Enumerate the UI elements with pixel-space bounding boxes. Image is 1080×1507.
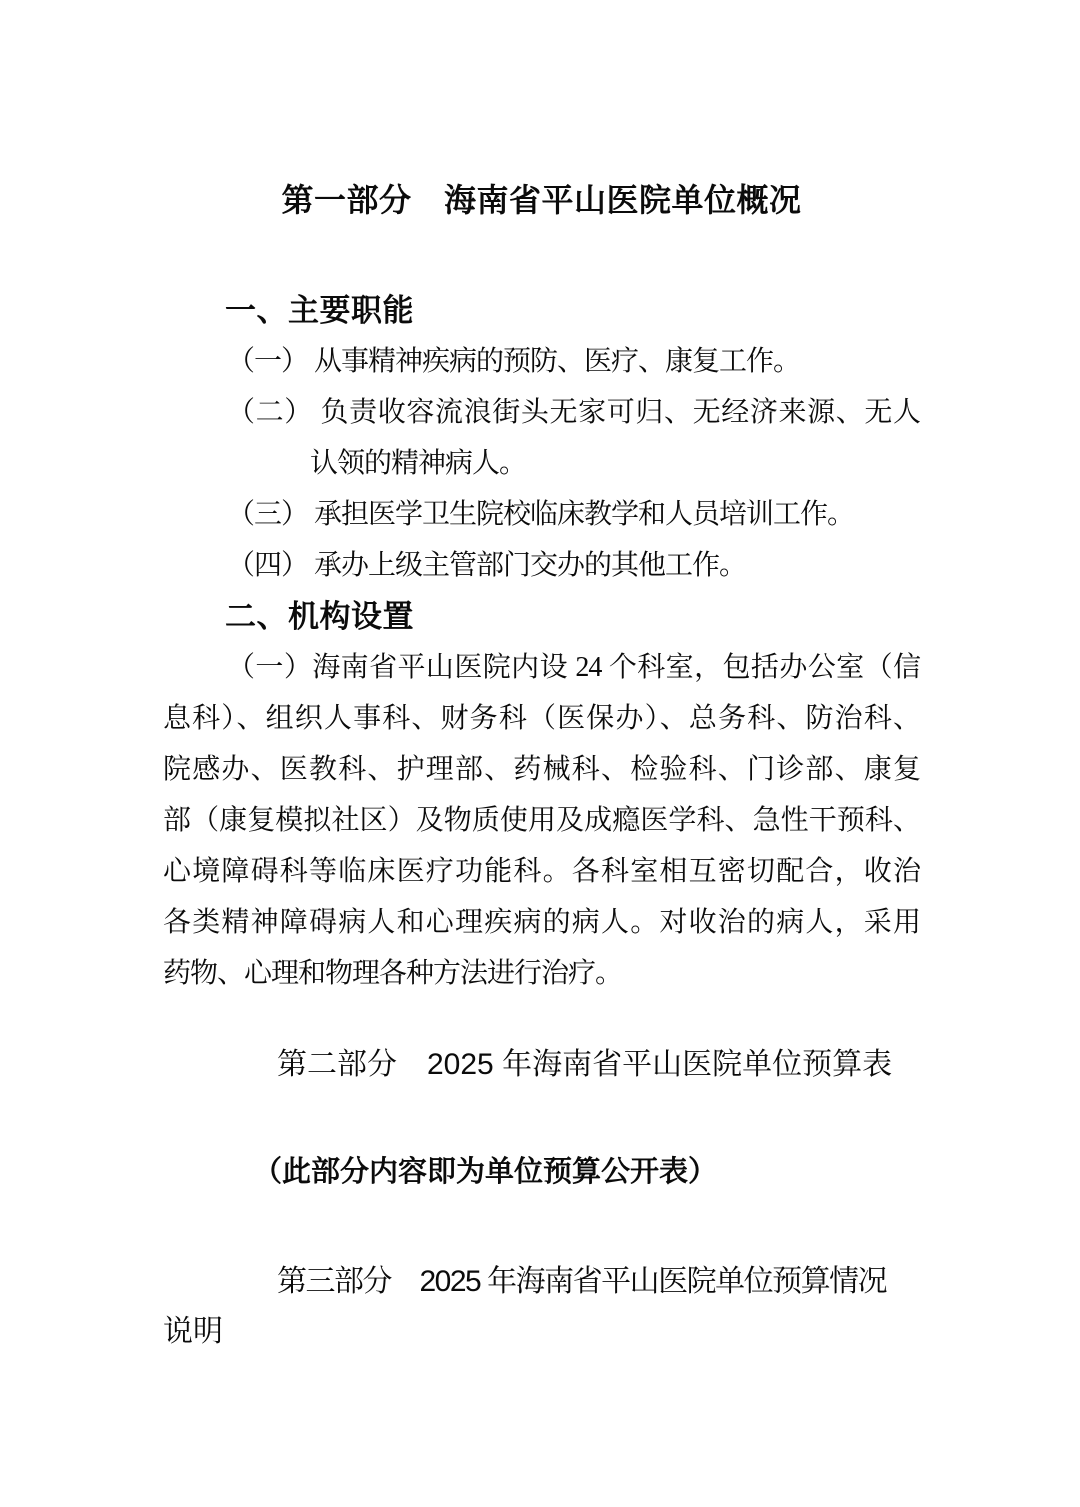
part3-title-line-2: 说明 — [163, 1307, 920, 1357]
organization-paragraph-line: 息科）、组织人事科、财务科（医保办）、总务科、防治科、 — [163, 693, 920, 744]
function-item-1: （一） 从事精神疾病的预防、医疗、康复工作。 — [163, 336, 920, 387]
organization-paragraph-line: 药物、心理和物理各种方法进行治疗。 — [163, 948, 920, 999]
function-item-3: （三） 承担医学卫生院校临床教学和人员培训工作。 — [163, 489, 920, 540]
part1-title: 第一部分 海南省平山医院单位概况 — [163, 178, 920, 222]
part2-note: （此部分内容即为单位预算公开表） — [163, 1152, 920, 1192]
organization-paragraph-line: 院感办、医教科、护理部、药械科、检验科、门诊部、康复 — [163, 744, 920, 795]
budget-document-page: 第一部分 海南省平山医院单位概况 一、主要职能 （一） 从事精神疾病的预防、医疗… — [0, 0, 1080, 1507]
function-item-2-line-2: 认领的精神病人。 — [163, 438, 920, 489]
organization-paragraph-line: 部（康复模拟社区）及物质使用及成瘾医学科、急性干预科、 — [163, 795, 920, 846]
part3-title-line-1: 第三部分 2025 年海南省平山医院单位预算情况 — [163, 1257, 920, 1307]
organization-paragraph-line: 各类精神障碍病人和心理疾病的病人。对收治的病人，采用 — [163, 897, 920, 948]
part3-title: 第三部分 2025 年海南省平山医院单位预算情况 说明 — [163, 1257, 920, 1357]
main-functions-heading: 一、主要职能 — [163, 285, 920, 336]
organization-paragraph-line: 心境障碍科等临床医疗功能科。各科室相互密切配合，收治 — [163, 846, 920, 897]
part2-title: 第二部分 2025 年海南省平山医院单位预算表 — [163, 1043, 920, 1087]
part1-body: 一、主要职能 （一） 从事精神疾病的预防、医疗、康复工作。 （二） 负责收容流浪… — [163, 285, 920, 999]
organization-heading: 二、机构设置 — [163, 591, 920, 642]
function-item-4: （四） 承办上级主管部门交办的其他工作。 — [163, 540, 920, 591]
function-item-2-line-1: （二） 负责收容流浪街头无家可归、无经济来源、无人 — [163, 387, 920, 438]
organization-paragraph-line: （一）海南省平山医院内设 24 个科室，包括办公室（信 — [163, 642, 920, 693]
